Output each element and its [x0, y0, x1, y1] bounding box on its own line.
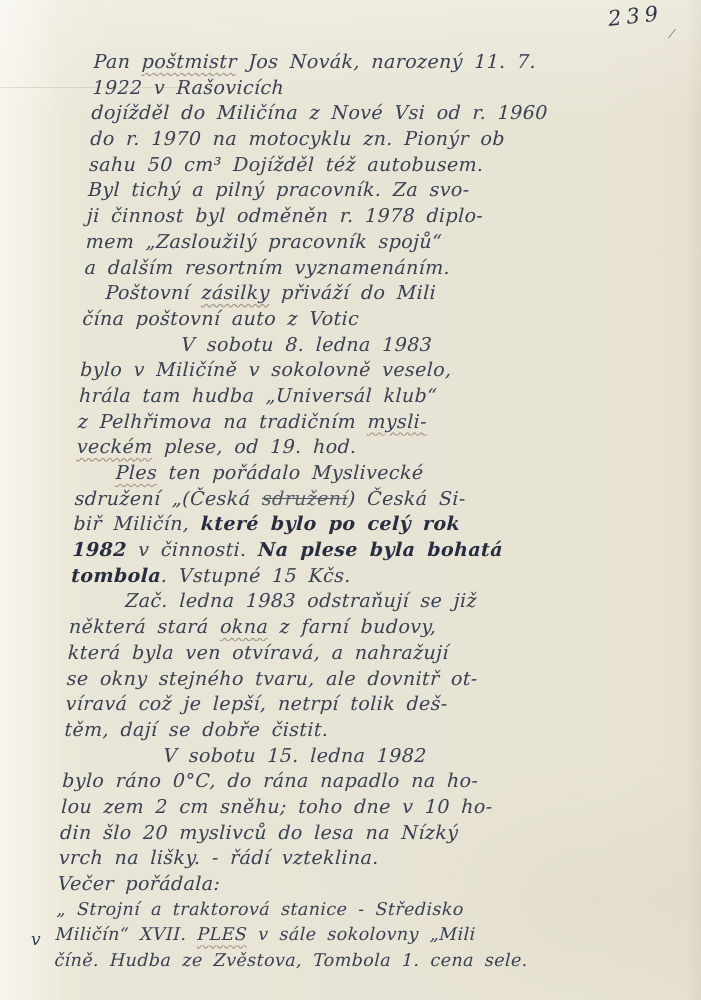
- handwriting-line: těm, dají se dobře čistit.: [64, 718, 671, 744]
- handwriting-line: lou zem 2 cm sněhu; toho dne v 10 ho-: [61, 795, 668, 821]
- underlined-word: PLES: [197, 925, 248, 945]
- text-segment: sdružení „(Česká: [74, 488, 262, 510]
- text-segment: „ Strojní a traktorová stanice - Středis…: [56, 900, 464, 920]
- text-segment: přiváží do Mili: [269, 282, 436, 304]
- text-segment: hrála tam hudba „Universál klub“: [79, 385, 438, 407]
- handwriting-line: dojížděl do Miličína z Nové Vsi od r. 19…: [91, 101, 698, 127]
- handwriting-line: Poštovní zásilky přiváží do Mili: [105, 281, 690, 307]
- text-segment: ji činnost byl odměněn r. 1978 diplo-: [86, 205, 483, 227]
- handwriting-lines: Pan poštmistr Jos Novák, narozený 11. 7.…: [54, 50, 700, 975]
- text-segment: Pan: [93, 51, 142, 73]
- text-segment: z farní budovy,: [268, 616, 437, 638]
- page-corner-mark: ⁄: [671, 27, 673, 41]
- text-segment: V sobotu 15. ledna 1982: [163, 745, 427, 767]
- text-segment: Zač. ledna 1983 odstraňují se již: [125, 590, 478, 612]
- handwriting-line: a dalším resortním vyznamenáním.: [84, 256, 691, 282]
- handwriting-line: Zač. ledna 1983 odstraňují se již: [125, 589, 677, 615]
- handwriting-line: čína poštovní auto z Votic: [82, 307, 689, 333]
- text-segment: . Vstupné 15 Kčs.: [161, 565, 352, 587]
- handwriting-line: V sobotu 15. ledna 1982: [163, 744, 670, 770]
- handwriting-line: se okny stejného tvaru, ale dovnitř ot-: [66, 667, 673, 693]
- text-segment: mem „Zasloužilý pracovník spojů“: [85, 231, 442, 253]
- text-segment: Jos Novák, narozený 11. 7.: [236, 51, 536, 73]
- underlined-word: poštmistr: [141, 51, 237, 73]
- text-segment: víravá což je lepší, netrpí tolik deš-: [65, 693, 448, 715]
- text-segment: některá stará: [69, 616, 221, 638]
- chronicle-page: 239 ⁄ Pan poštmistr Jos Novák, narozený …: [0, 0, 701, 1000]
- handwriting-line: bylo ráno 0°C, do rána napadlo na ho-: [62, 769, 669, 795]
- underlined-word: mysli-: [367, 411, 427, 433]
- text-segment: plese, od 19. hod.: [152, 436, 357, 458]
- text-segment: Na plese byla bohatá: [258, 539, 504, 561]
- page-number: 239: [607, 1, 664, 31]
- handwriting-line: Pan poštmistr Jos Novák, narozený 11. 7.: [93, 50, 700, 76]
- handwriting-line: ji činnost byl odměněn r. 1978 diplo-: [86, 204, 693, 230]
- underlined-word: zásilky: [201, 282, 270, 304]
- text-segment: Byl tichý a pilný pracovník. Za svo-: [88, 179, 470, 201]
- handwriting-line: veckém plese, od 19. hod.: [76, 435, 683, 461]
- text-segment: ten pořádalo Myslivecké: [157, 462, 424, 484]
- text-segment: biř Miličín,: [73, 513, 201, 535]
- underlined-word: okna: [220, 616, 269, 638]
- handwriting-line: která byla ven otvíravá, a nahražují: [67, 641, 674, 667]
- underlined-word: Ples: [115, 462, 157, 484]
- text-segment: bylo v Miličíně v sokolovně veselo,: [80, 359, 452, 381]
- handwriting-line: víravá což je lepší, netrpí tolik deš-: [65, 692, 672, 718]
- text-segment: bylo ráno 0°C, do rána napadlo na ho-: [62, 770, 479, 792]
- struck-word: sdružení: [261, 488, 348, 510]
- text-segment: vrch na lišky. - řádí vzteklina.: [58, 847, 379, 869]
- text-segment: V sobotu 8. ledna 1983: [181, 334, 433, 356]
- text-segment: se okny stejného tvaru, ale dovnitř ot-: [66, 668, 478, 690]
- handwriting-line: 1982 v činnosti. Na plese byla bohatá: [72, 538, 679, 564]
- text-segment: v činnosti.: [126, 539, 258, 561]
- text-segment: Miličín“ XVII.: [55, 925, 198, 945]
- handwriting-line: sahu 50 cm³ Dojížděl též autobusem.: [89, 153, 696, 179]
- text-segment: Večer pořádala:: [57, 873, 221, 895]
- handwriting-line: některá stará okna z farní budovy,: [68, 615, 675, 641]
- text-segment: ) Česká Si-: [347, 488, 466, 510]
- handwriting-line: Miličín“ XVII. PLES v sále sokolovny „Mi…: [55, 923, 662, 949]
- handwriting-line: do r. 1970 na motocyklu zn. Pionýr ob: [90, 127, 697, 153]
- text-segment: 1982: [72, 539, 127, 561]
- handwriting-line: „ Strojní a traktorová stanice - Středis…: [56, 898, 663, 924]
- text-segment: Poštovní: [105, 282, 202, 304]
- handwriting-line: vrch na lišky. - řádí vzteklina.: [58, 846, 665, 872]
- handwriting-line: Ples ten pořádalo Myslivecké: [115, 461, 682, 487]
- text-segment: čína poštovní auto z Votic: [82, 308, 360, 330]
- text-segment: lou zem 2 cm sněhu; toho dne v 10 ho-: [61, 796, 493, 818]
- text-segment: které bylo po celý rok: [200, 513, 460, 535]
- text-segment: a dalším resortním vyznamenáním.: [84, 257, 450, 279]
- handwriting-line: Večer pořádala:: [57, 872, 664, 898]
- handwriting-line: číně. Hudba ze Zvěstova, Tombola 1. cena…: [54, 949, 661, 975]
- handwriting-line: tombola. Vstupné 15 Kčs.: [71, 564, 678, 590]
- text-segment: din šlo 20 myslivců do lesa na Nízký: [60, 822, 459, 844]
- text-segment: sahu 50 cm³ Dojížděl též autobusem.: [89, 154, 484, 176]
- text-segment: která byla ven otvíravá, a nahražují: [67, 642, 449, 664]
- handwriting-line: bylo v Miličíně v sokolovně veselo,: [80, 358, 687, 384]
- handwriting-line: din šlo 20 myslivců do lesa na Nízký: [59, 821, 666, 847]
- underlined-word: veckém: [76, 436, 153, 458]
- handwriting-line: Byl tichý a pilný pracovník. Za svo-: [87, 178, 694, 204]
- text-segment: v sále sokolovny „Mili: [247, 925, 476, 945]
- text-segment: dojížděl do Miličína z Nové Vsi od r. 19…: [91, 102, 548, 124]
- text-segment: do r. 1970 na motocyklu zn. Pionýr ob: [90, 128, 506, 150]
- handwriting-line: 1922 v Rašovicích: [92, 76, 699, 102]
- margin-note: v: [31, 930, 41, 950]
- handwriting-line: biř Miličín, které bylo po celý rok: [73, 512, 680, 538]
- text-segment: z Pelhřimova na tradičním: [77, 411, 368, 433]
- handwriting-line: V sobotu 8. ledna 1983: [181, 333, 688, 359]
- text-segment: číně. Hudba ze Zvěstova, Tombola 1. cena…: [54, 951, 528, 971]
- text-segment: těm, dají se dobře čistit.: [64, 719, 329, 741]
- text-segment: tombola: [71, 565, 162, 587]
- handwriting-line: z Pelhřimova na tradičním mysli-: [77, 410, 684, 436]
- handwriting-line: mem „Zasloužilý pracovník spojů“: [85, 230, 692, 256]
- handwriting-line: hrála tam hudba „Universál klub“: [78, 384, 685, 410]
- handwriting-line: sdružení „(Česká sdružení) Česká Si-: [74, 487, 681, 513]
- text-segment: 1922 v Rašovicích: [92, 77, 285, 99]
